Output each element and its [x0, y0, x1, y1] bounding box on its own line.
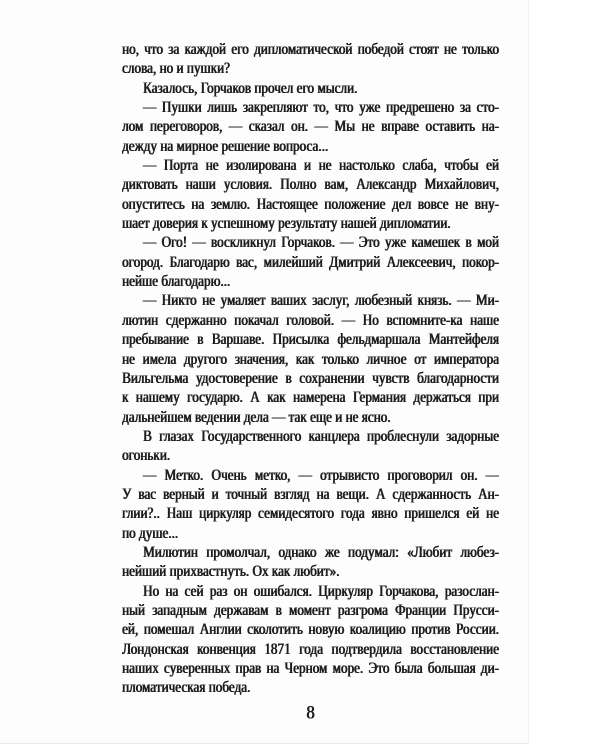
paragraph: — Порта не изолирована и не настолько сл…	[122, 155, 499, 232]
paragraph: В глазах Государственного канцлера пробл…	[122, 426, 499, 465]
paragraph: но, что за каждой его дипломатической по…	[122, 39, 499, 78]
page-number: 8	[122, 700, 499, 725]
page-text-block: но, что за каждой его дипломатической по…	[122, 39, 499, 697]
paragraph: Милютин промолчал, однако же подумал: «Л…	[122, 542, 499, 581]
paragraph: — Метко. Очень метко, — отрывисто прогов…	[122, 465, 499, 542]
book-page: но, что за каждой его дипломатической по…	[0, 0, 600, 750]
text-line: пломатическая победа.	[122, 675, 499, 699]
paragraph: — Ого! — воскликнул Горчаков. — Это уже …	[122, 232, 499, 290]
paragraph: Но на сей раз он ошибался. Циркуляр Горч…	[122, 581, 499, 697]
paragraph: — Пушки лишь закрепляют то, что уже пред…	[122, 97, 499, 155]
paragraph: — Никто не умаляет ваших заслуг, любезны…	[122, 290, 499, 425]
